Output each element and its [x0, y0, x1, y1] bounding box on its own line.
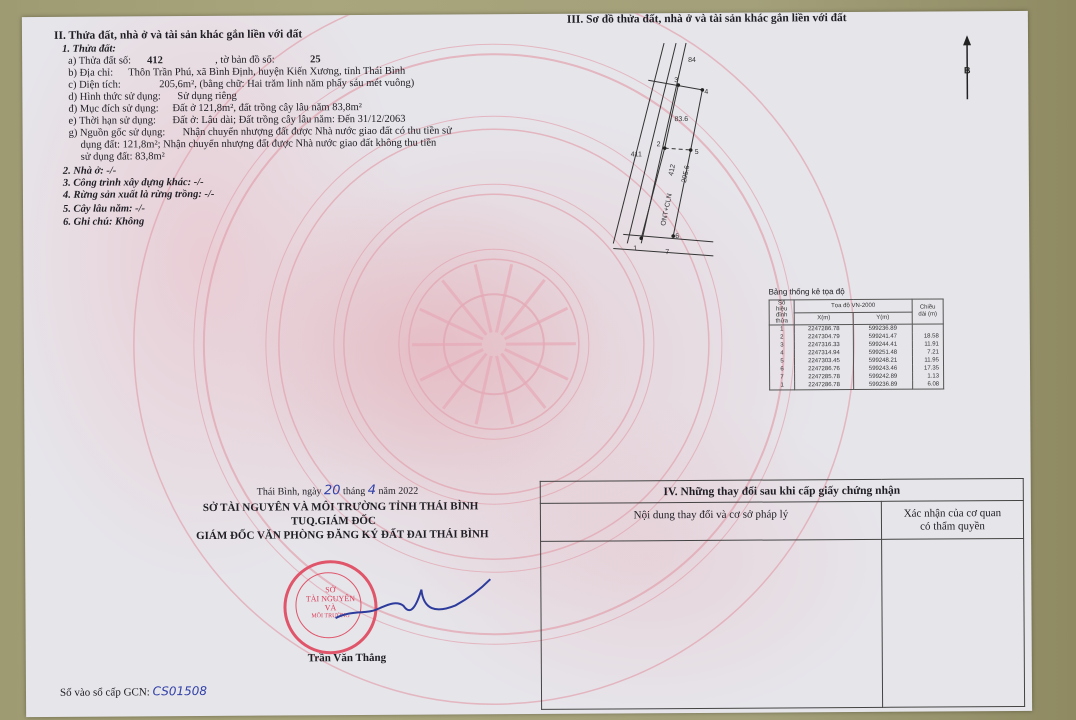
use-form-value: Sử dụng riêng [177, 91, 236, 103]
point-4-label: 4 [704, 89, 708, 96]
date-prefix: Thái Bình, ngày [257, 486, 322, 497]
neighbor-411-label: 411 [631, 151, 642, 158]
north-arrow-icon: B [957, 33, 977, 103]
date-line: Thái Bình, ngày 20 tháng 4 năm 2022 [257, 485, 419, 499]
svg-text:B: B [964, 65, 971, 75]
coord-cell-pt: 6 [770, 365, 795, 373]
forest-item: 4. Rừng sản xuất là rừng trồng: -/- [63, 189, 215, 202]
date-month-label: tháng [343, 486, 365, 497]
other-construction-item: 3. Công trình xây dựng khác: -/- [63, 177, 204, 190]
coord-cell-len: 18.58 [912, 332, 943, 340]
parcel-area-diagram-label: 205.6 [681, 165, 691, 184]
coord-cell-len: 11.91 [912, 340, 943, 348]
handwritten-signature-icon [325, 569, 495, 630]
area-value: 205,6m², (bằng chữ: Hai trăm linh năm ph… [159, 78, 414, 92]
registry-label: Số vào sổ cấp GCN: [60, 686, 150, 699]
point-2-label: 2 [657, 141, 661, 148]
registry-line: Số vào sổ cấp GCN: CS01508 [60, 685, 207, 699]
signer-name: Trần Văn Thắng [308, 652, 386, 664]
date-day: 20 [324, 483, 341, 498]
coord-cell-pt: 4 [769, 349, 794, 357]
coord-cell-pt: 1 [770, 381, 795, 390]
house-item: 2. Nhà ở: -/- [63, 166, 117, 178]
coord-cell-pt: 3 [769, 341, 794, 349]
registry-number: CS01508 [153, 684, 207, 698]
col-x: X(m) [794, 312, 853, 325]
coord-cell-pt: 2 [769, 333, 794, 341]
changes-content-cell [541, 539, 883, 709]
coord-cell-x: 2247286.78 [794, 325, 853, 334]
area-upper-label: 83.6 [674, 116, 688, 123]
parcel-diagram: 84 411 83.6 3 4 2 5 6 1 7 412 205.6 ONT+… [592, 38, 733, 259]
authority-confirmation-header: Xác nhận của cơ quan có thẩm quyền [881, 500, 1023, 539]
area-label: c) Diện tích: [68, 79, 121, 91]
purpose-label: đ) Mục đích sử dụng: [68, 103, 158, 116]
date-month: 4 [368, 483, 376, 498]
map-sheet-label: , tờ bản đồ số: [215, 55, 275, 67]
changes-content-header: Nội dung thay đổi và cơ sở pháp lý [540, 501, 881, 541]
coord-cell-len: 11.95 [912, 356, 943, 364]
address-label: b) Địa chỉ: [68, 68, 113, 80]
coord-cell-len: 17.35 [913, 364, 944, 372]
point-3-label: 3 [674, 77, 678, 84]
neighbor-84-label: 84 [688, 57, 696, 64]
col-point: Số hiệu đỉnh thửa [769, 300, 794, 325]
point-5-label: 5 [695, 149, 699, 156]
note-item: 6. Ghi chú: Không [63, 216, 144, 228]
section-3-title: III. Sơ đồ thửa đất, nhà ở và tài sản kh… [567, 12, 847, 26]
perennial-item: 5. Cây lâu năm: -/- [63, 203, 145, 216]
section-2-title: II. Thửa đất, nhà ở và tài sản khác gắn … [54, 28, 302, 42]
certificate-page: II. Thửa đất, nhà ở và tài sản khác gắn … [22, 11, 1032, 717]
land-use-code-label: ONT+CLN [660, 193, 673, 227]
coord-cell-y: 599236.89 [853, 324, 912, 333]
section-4-title: IV. Những thay đổi sau khi cấp giấy chứn… [540, 478, 1023, 503]
col-system: Tọa độ VN-2000 [794, 299, 912, 312]
origin-value-cont1: dụng đất: 121,8m²; Nhận chuyển nhượng đấ… [81, 138, 437, 152]
origin-value-cont2: sử dụng đất: 83,8m² [81, 151, 165, 164]
term-label: e) Thời hạn sử dụng: [68, 115, 156, 128]
authorization-line: TUQ.GIÁM ĐỐC [291, 515, 376, 528]
coord-row: 12247286.78599236.896.08 [770, 380, 944, 390]
coord-cell-pt: 7 [770, 373, 795, 381]
coord-cell-len: 7.21 [912, 348, 943, 356]
coord-cell-len: 6.08 [913, 380, 944, 389]
point-6-label: 6 [675, 233, 679, 240]
use-form-label: d) Hình thức sử dụng: [68, 91, 161, 104]
coord-cell-pt: 5 [769, 357, 794, 365]
signer-position: GIÁM ĐỐC VĂN PHÒNG ĐĂNG KÝ ĐẤT ĐAI THÁI … [196, 528, 489, 542]
coord-cell-x: 2247286.78 [795, 381, 854, 390]
parcel-no-diagram-label: 412 [668, 164, 677, 177]
map-sheet-value: 25 [310, 54, 321, 66]
changes-table: IV. Những thay đổi sau khi cấp giấy chứn… [540, 478, 1025, 710]
coord-table-title: Bảng thống kê tọa độ [769, 286, 845, 298]
parcel-no-label: a) Thửa đất số: [68, 55, 131, 67]
coordinate-table: Số hiệu đỉnh thửa Tọa độ VN-2000 Chiều d… [769, 298, 945, 390]
point-7-label: 7 [665, 249, 669, 256]
col-length: Chiều dài (m) [912, 299, 943, 324]
parcel-no-value: 412 [147, 55, 163, 67]
coord-cell-len [912, 324, 943, 333]
land-heading: 1. Thửa đất: [62, 44, 116, 56]
col-y: Y(m) [853, 312, 912, 325]
point-1-label: 1 [633, 245, 637, 252]
coord-cell-y: 599236.89 [854, 381, 913, 390]
date-year: năm 2022 [379, 486, 419, 497]
coord-cell-len: 1.13 [913, 372, 944, 380]
authority-confirmation-cell [882, 538, 1025, 707]
origin-label: g) Nguồn gốc sử dụng: [69, 127, 166, 140]
issuing-org: SỞ TÀI NGUYÊN VÀ MÔI TRƯỜNG TỈNH THÁI BÌ… [203, 500, 479, 514]
coord-cell-pt: 1 [769, 325, 794, 334]
